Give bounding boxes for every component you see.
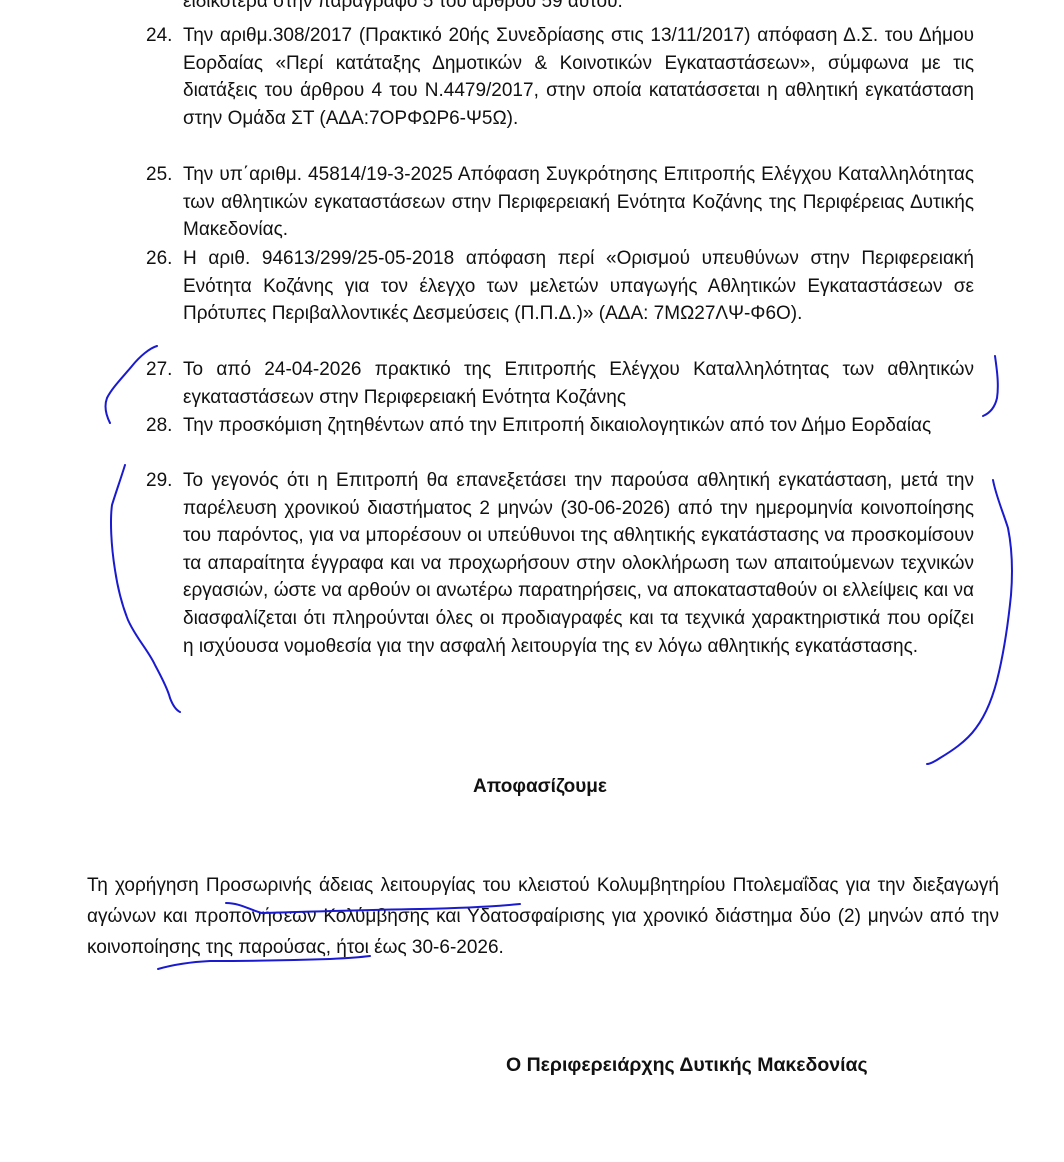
item-number: 29. (146, 467, 172, 495)
item-number: 24. (146, 22, 172, 50)
partial-top-line: ειδικότερα στην παράγραφο 5 του άρθρου 5… (183, 0, 623, 16)
document-page: ειδικότερα στην παράγραφο 5 του άρθρου 5… (0, 0, 1064, 1162)
item-number: 27. (146, 356, 172, 384)
item-text: Το γεγονός ότι η Επιτροπή θα επανεξετάσε… (183, 467, 974, 660)
item-text: Την αριθμ.308/2017 (Πρακτικό 20ής Συνεδρ… (183, 22, 974, 132)
item-number: 28. (146, 412, 172, 440)
item-text: Η αριθ. 94613/299/25-05-2018 απόφαση περ… (183, 245, 974, 328)
list-item-26: 26. Η αριθ. 94613/299/25-05-2018 απόφαση… (146, 245, 974, 328)
item-number: 25. (146, 161, 172, 189)
item-number: 26. (146, 245, 172, 273)
list-item-25: 25. Την υπ΄αριθμ. 45814/19-3-2025 Απόφασ… (146, 161, 974, 244)
item-text: Την προσκόμιση ζητηθέντων από την Επιτρο… (183, 412, 974, 440)
section-heading: Αποφασίζουμε (0, 776, 1064, 798)
list-item-27: 27. Το από 24-04-2026 πρακτικό της Επιτρ… (146, 356, 974, 411)
signature-title: Ο Περιφερειάρχης Δυτικής Μακεδονίας (506, 1054, 868, 1077)
decision-paragraph: Τη χορήγηση Προσωρινής άδειας λειτουργία… (87, 870, 999, 963)
item-text: Το από 24-04-2026 πρακτικό της Επιτροπής… (183, 356, 974, 411)
list-item-24: 24. Την αριθμ.308/2017 (Πρακτικό 20ής Συ… (146, 22, 974, 132)
item-text: Την υπ΄αριθμ. 45814/19-3-2025 Απόφαση Συ… (183, 161, 974, 244)
list-item-28: 28. Την προσκόμιση ζητηθέντων από την Επ… (146, 412, 974, 440)
bracket-right-27 (983, 356, 998, 416)
list-item-29: 29. Το γεγονός ότι η Επιτροπή θα επανεξε… (146, 467, 974, 660)
